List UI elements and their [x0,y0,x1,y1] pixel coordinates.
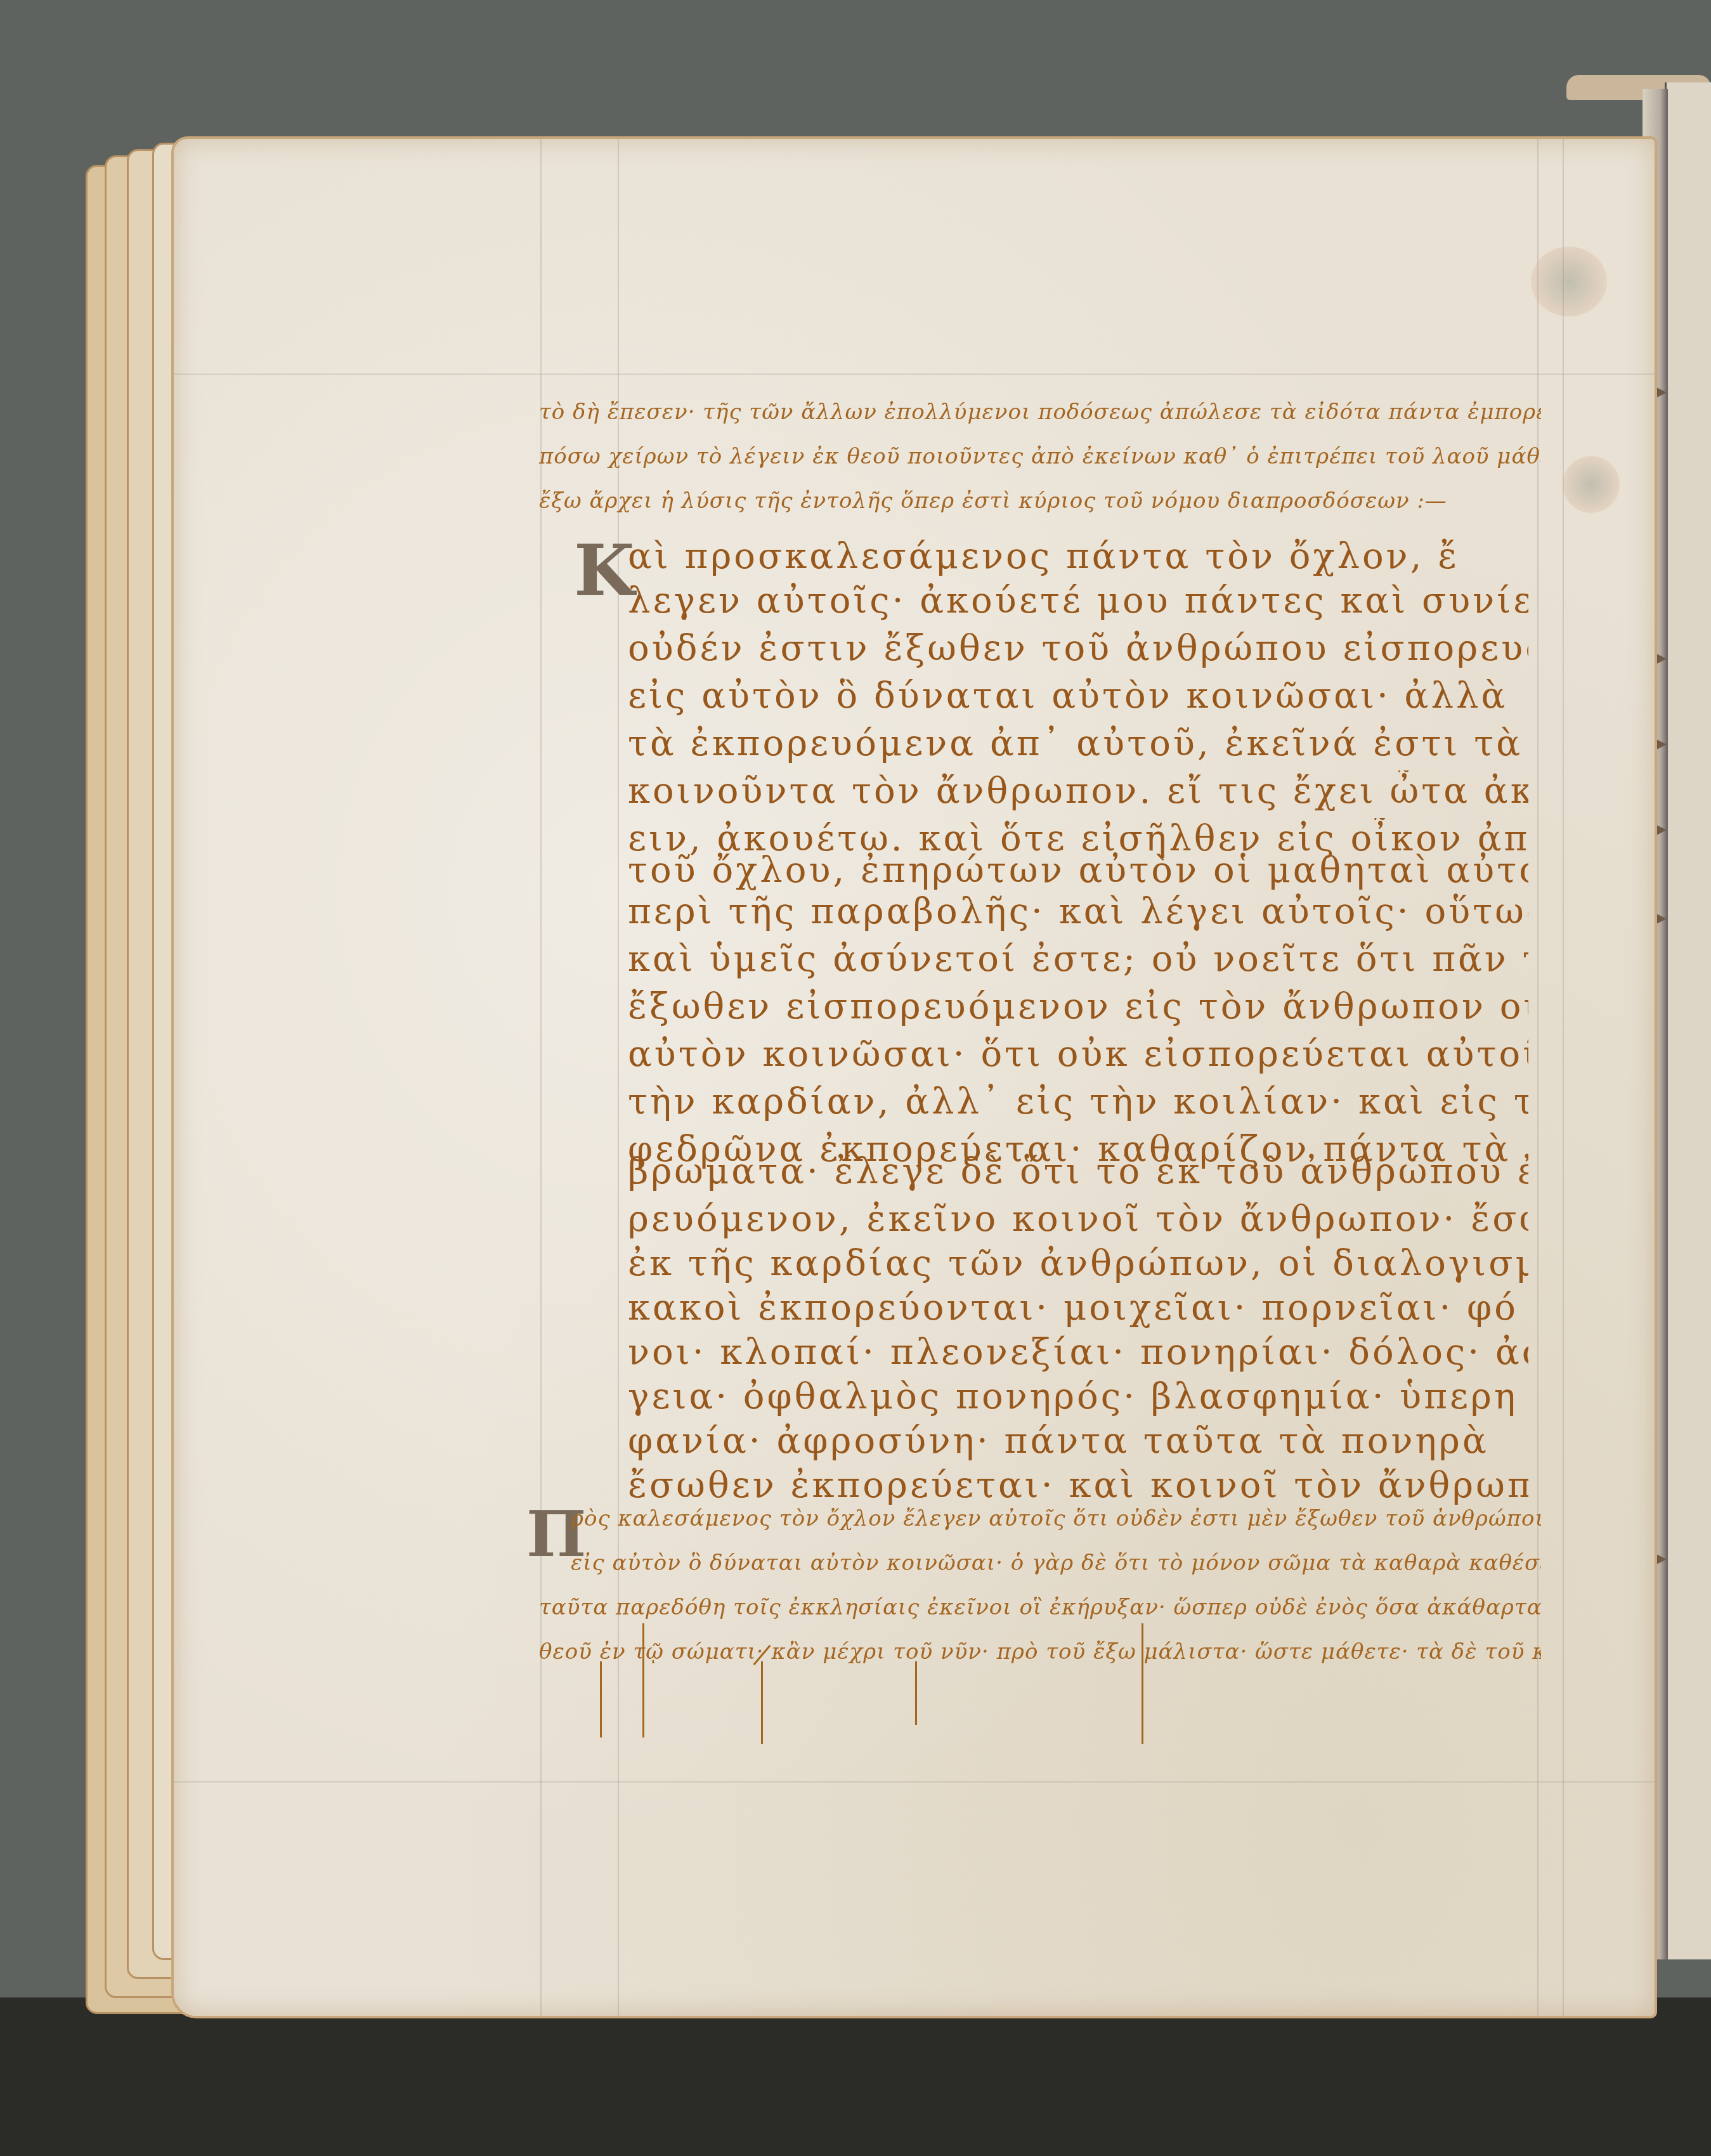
decorative-stroke [642,1623,644,1737]
decorative-stroke [600,1661,602,1737]
ruling-line [1563,139,1564,2016]
text-line: κοινοῦντα τὸν ἄνθρωπον. εἴ τις ἔχει ὦτα … [628,770,1528,812]
decorative-stroke [761,1661,763,1744]
text-line: οὐδέν ἐστιν ἔξωθεν τοῦ ἀνθρώπου εἰσπορευ… [628,628,1528,669]
text-line: αὐτὸν κοινῶσαι· ὅτι οὐκ εἰσπορεύεται αὐτ… [628,1034,1528,1075]
stain [1531,247,1607,316]
backdrop [0,1997,1711,2156]
commentary-line: ρὸς καλεσάμενος τὸν ὄχλον ἔλεγεν αὐτοῖς … [571,1506,1541,1531]
commentary-line: εἰς αὐτὸν ὃ δύναται αὐτὸν κοινῶσαι· ὁ γὰ… [571,1550,1541,1576]
ruling-line [174,373,1655,375]
text-line: ρευόμενον, ἐκεῖνο κοινοῖ τὸν ἄνθρωπον· ἔ… [628,1198,1528,1240]
stain [1563,456,1620,513]
text-line: τοῦ ὄχλου, ἐπηρώτων αὐτὸν οἱ μαθηταὶ αὐτ… [628,850,1528,891]
text-line: ἔσωθεν ἐκπορεύεται· καὶ κοινοῖ τὸν ἄνθρω… [628,1465,1528,1506]
initial-letter-kappa: Κ [574,529,635,611]
ruling-line [174,1781,1655,1783]
text-line: καὶ ὑμεῖς ἀσύνετοί ἐστε; οὐ νοεῖτε ὅτι π… [628,938,1528,980]
commentary-line: ταῦτα παρεδόθη τοῖς ἐκκλησίαις ἐκεῖνοι ο… [539,1595,1541,1620]
text-line: τὰ ἐκπορευόμενα ἀπ᾽ αὐτοῦ, ἐκεῖνά ἐστι τ… [628,723,1528,764]
opposite-page [1665,82,1711,1959]
text-line: ἔξωθεν εἰσπορευόμενον εἰς τὸν ἄνθρωπον ο… [628,986,1528,1027]
text-line: φανία· ἀφροσύνη· πάντα ταῦτα τὰ πονηρὰ [628,1420,1528,1462]
commentary-line: ἔξω ἄρχει ἡ λύσις τῆς ἐντολῆς ὅπερ ἐστὶ … [539,488,1541,514]
commentary-line: τὸ δὴ ἔπεσεν· τῆς τῶν ἄλλων ἐπολλύμενοι … [539,399,1541,425]
text-line: κακοὶ ἐκπορεύονται· μοιχεῖαι· πορνεῖαι· … [628,1287,1528,1328]
text-line: γεια· ὀφθαλμὸς πονηρός· βλασφημία· ὑπερη [628,1376,1528,1417]
decorative-stroke [1142,1623,1143,1744]
text-line: εἰς αὐτὸν ὃ δύναται αὐτὸν κοινῶσαι· ἀλλὰ [628,675,1528,717]
decorative-stroke [915,1661,917,1725]
text-line: ἐκ τῆς καρδίας τῶν ἀνθρώπων, οἱ διαλογισ… [628,1243,1528,1284]
text-line: τὴν καρδίαν, ἀλλ᾽ εἰς τὴν κοιλίαν· καὶ ε… [628,1081,1528,1122]
commentary-line: θεοῦ ἐν τῷ σώματι· κἂν μέχρι τοῦ νῦν· πρ… [539,1639,1541,1665]
text-line: περὶ τῆς παραβολῆς· καὶ λέγει αὐτοῖς· οὕ… [628,891,1528,932]
commentary-line: πόσω χείρων τὸ λέγειν ἐκ θεοῦ ποιοῦντες … [539,444,1541,469]
text-line: λεγεν αὐτοῖς· ἀκούετέ μου πάντες καὶ συν… [628,580,1528,621]
text-line: νοι· κλοπαί· πλεονεξίαι· πονηρίαι· δόλος… [628,1332,1528,1373]
text-line: βρώματα· ἔλεγε δὲ ὅτι τὸ ἐκ τοῦ ἀνθρώπου… [628,1151,1528,1192]
text-line: αὶ προσκαλεσάμενος πάντα τὸν ὄχλον, ἔ [628,536,1528,577]
